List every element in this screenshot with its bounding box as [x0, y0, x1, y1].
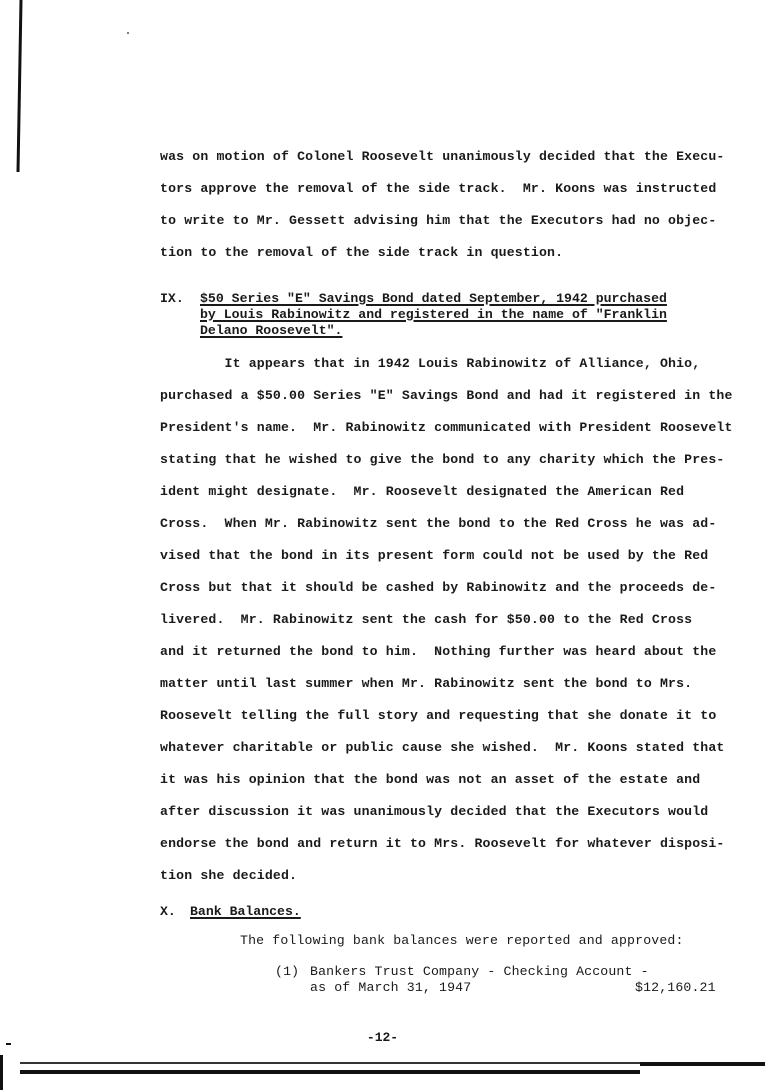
text-line: Cross. When Mr. Rabinowitz sent the bond…: [160, 516, 716, 532]
text-line: endorse the bond and return it to Mrs. R…: [160, 836, 724, 852]
bank-item-line2: as of March 31, 1947: [310, 980, 471, 996]
section-ix-title-line: $50 Series "E" Savings Bond dated Septem…: [200, 291, 667, 306]
scan-edge-line: [20, 1070, 640, 1074]
bank-item-label: (1): [275, 964, 299, 980]
text-line: ident might designate. Mr. Roosevelt des…: [160, 484, 684, 500]
text-line: It appears that in 1942 Louis Rabinowitz…: [160, 356, 700, 372]
text-line: after discussion it was unanimously deci…: [160, 804, 708, 820]
section-x-title: Bank Balances.: [190, 904, 301, 919]
page-number: -12-: [0, 1030, 765, 1045]
section-ix-title-line: by Louis Rabinowitz and registered in th…: [200, 307, 667, 322]
text-line: to write to Mr. Gessett advising him tha…: [160, 213, 716, 229]
text-line: stating that he wished to give the bond …: [160, 452, 724, 468]
text-line: vised that the bond in its present form …: [160, 548, 708, 564]
text-line: tors approve the removal of the side tra…: [160, 181, 716, 197]
text-line: matter until last summer when Mr. Rabino…: [160, 676, 692, 692]
text-line: President's name. Mr. Rabinowitz communi…: [160, 420, 733, 436]
scan-edge-line: [640, 1062, 765, 1066]
text-line: Roosevelt telling the full story and req…: [160, 708, 716, 724]
section-x-intro: The following bank balances were reporte…: [240, 933, 684, 949]
bank-item-line1: Bankers Trust Company - Checking Account…: [310, 964, 649, 980]
scan-edge-mark: [0, 1055, 3, 1090]
scan-edge-mark: [6, 1043, 11, 1045]
text-line: purchased a $50.00 Series "E" Savings Bo…: [160, 388, 733, 404]
document-page: was on motion of Colonel Roosevelt unani…: [0, 0, 765, 1090]
text-line: it was his opinion that the bond was not…: [160, 772, 700, 788]
section-ix-title-line: Delano Roosevelt".: [200, 323, 342, 338]
bank-item-amount: $12,160.21: [635, 980, 716, 996]
text-line: Cross but that it should be cashed by Ra…: [160, 580, 716, 596]
text-line: tion to the removal of the side track in…: [160, 245, 563, 261]
text-line: tion she decided.: [160, 868, 297, 884]
text-line: whatever charitable or public cause she …: [160, 740, 724, 756]
text-line: livered. Mr. Rabinowitz sent the cash fo…: [160, 612, 692, 628]
binding-margin-line: [16, 0, 22, 172]
section-x-number: X.: [160, 904, 176, 919]
text-line: and it returned the bond to him. Nothing…: [160, 644, 716, 660]
section-ix-number: IX.: [160, 291, 184, 306]
scan-speck: [127, 32, 129, 34]
text-line: was on motion of Colonel Roosevelt unani…: [160, 149, 724, 165]
